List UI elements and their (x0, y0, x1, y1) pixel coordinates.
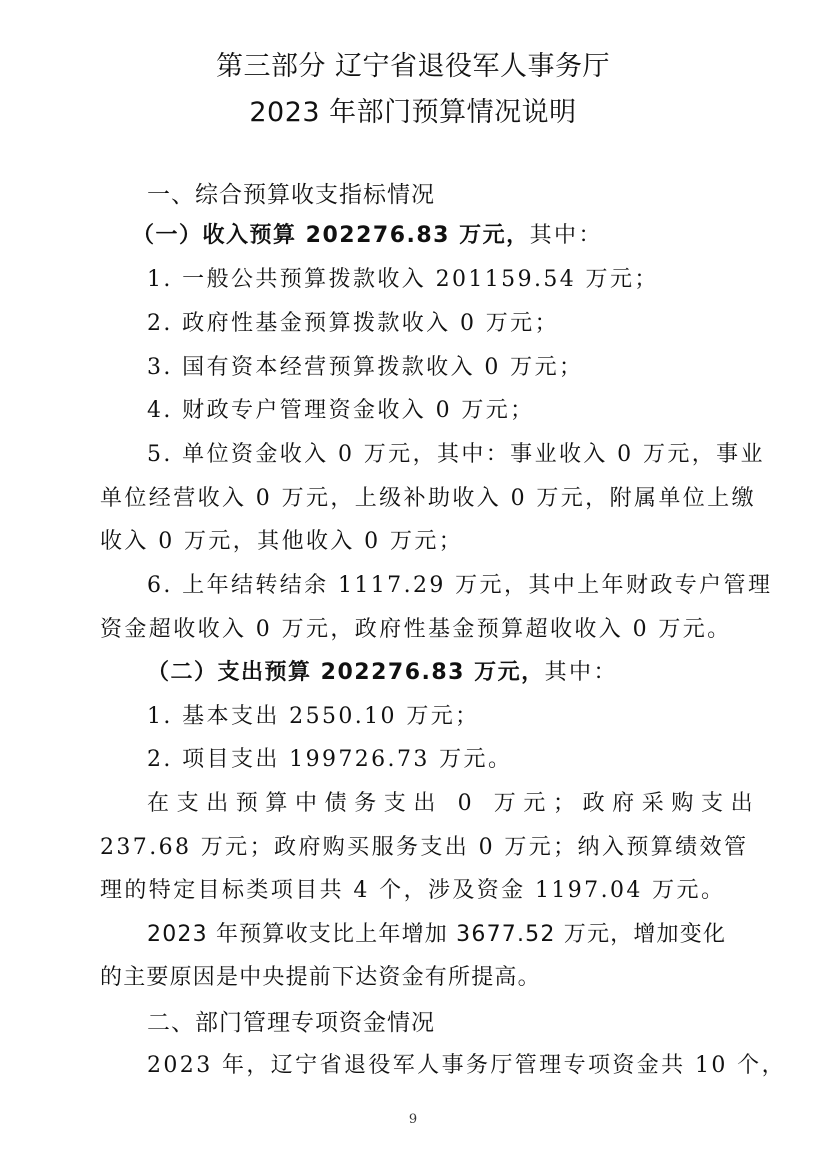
expenditure-budget-heading: （二）支出预算 202276.83 万元，其中： (147, 655, 618, 686)
expenditure-detail-line-3: 理的特定目标类项目共 4 个，涉及资金 1197.04 万元。 (100, 873, 725, 904)
income-item-3: 3. 国有资本经营预算拨款收入 0 万元； (147, 350, 583, 381)
expenditure-budget-tail: 其中： (545, 660, 618, 685)
expenditure-item-1: 1. 基本支出 2550.10 万元； (147, 699, 480, 730)
section-2-line-1: 2023 年，辽宁省退役军人事务厅管理专项资金共 10 个， (147, 1048, 786, 1079)
document-title-line-2: 2023 年部门预算情况说明 (0, 90, 826, 129)
income-item-5-line-2: 单位经营收入 0 万元，上级补助收入 0 万元，附属单位上缴 (100, 481, 756, 512)
expenditure-budget-label: （二）支出预算 202276.83 万元， (147, 660, 545, 685)
income-item-4: 4. 财政专户管理资金收入 0 万元； (147, 393, 535, 424)
document-title-line-1: 第三部分 辽宁省退役军人事务厅 (0, 44, 826, 83)
income-item-2: 2. 政府性基金预算拨款收入 0 万元； (147, 306, 559, 337)
income-budget-label: （一）收入预算 202276.83 万元， (132, 223, 530, 248)
income-budget-heading: （一）收入预算 202276.83 万元，其中： (132, 218, 603, 249)
expenditure-detail-line-1: 在支出预算中债务支出 0 万元；政府采购支出 (147, 786, 760, 817)
income-item-6-line-2: 资金超收收入 0 万元，政府性基金预算超收收入 0 万元。 (100, 612, 732, 643)
section-1-heading: 一、综合预算收支指标情况 (147, 176, 435, 209)
income-item-5-line-1: 5. 单位资金收入 0 万元，其中：事业收入 0 万元，事业 (147, 437, 727, 468)
income-item-1: 1. 一般公共预算拨款收入 201159.54 万元； (147, 262, 659, 293)
budget-change-line-2: 的主要原因是中央提前下达资金有所提高。 (100, 960, 541, 991)
section-2-heading: 二、部门管理专项资金情况 (147, 1004, 435, 1037)
income-item-5-line-3: 收入 0 万元，其他收入 0 万元； (100, 524, 463, 555)
expenditure-detail-line-2: 237.68 万元；政府购买服务支出 0 万元；纳入预算绩效管 (100, 830, 748, 861)
income-item-6-line-1: 6. 上年结转结余 1117.29 万元，其中上年财政专户管理 (147, 568, 772, 599)
page-number: 9 (0, 1112, 826, 1127)
expenditure-item-2: 2. 项目支出 199726.73 万元。 (147, 742, 512, 773)
document-page: 第三部分 辽宁省退役军人事务厅 2023 年部门预算情况说明 一、综合预算收支指… (0, 0, 826, 1169)
budget-change-line-1: 2023 年预算收支比上年增加 3677.52 万元，增加变化 (147, 917, 726, 948)
income-budget-tail: 其中： (530, 223, 603, 248)
